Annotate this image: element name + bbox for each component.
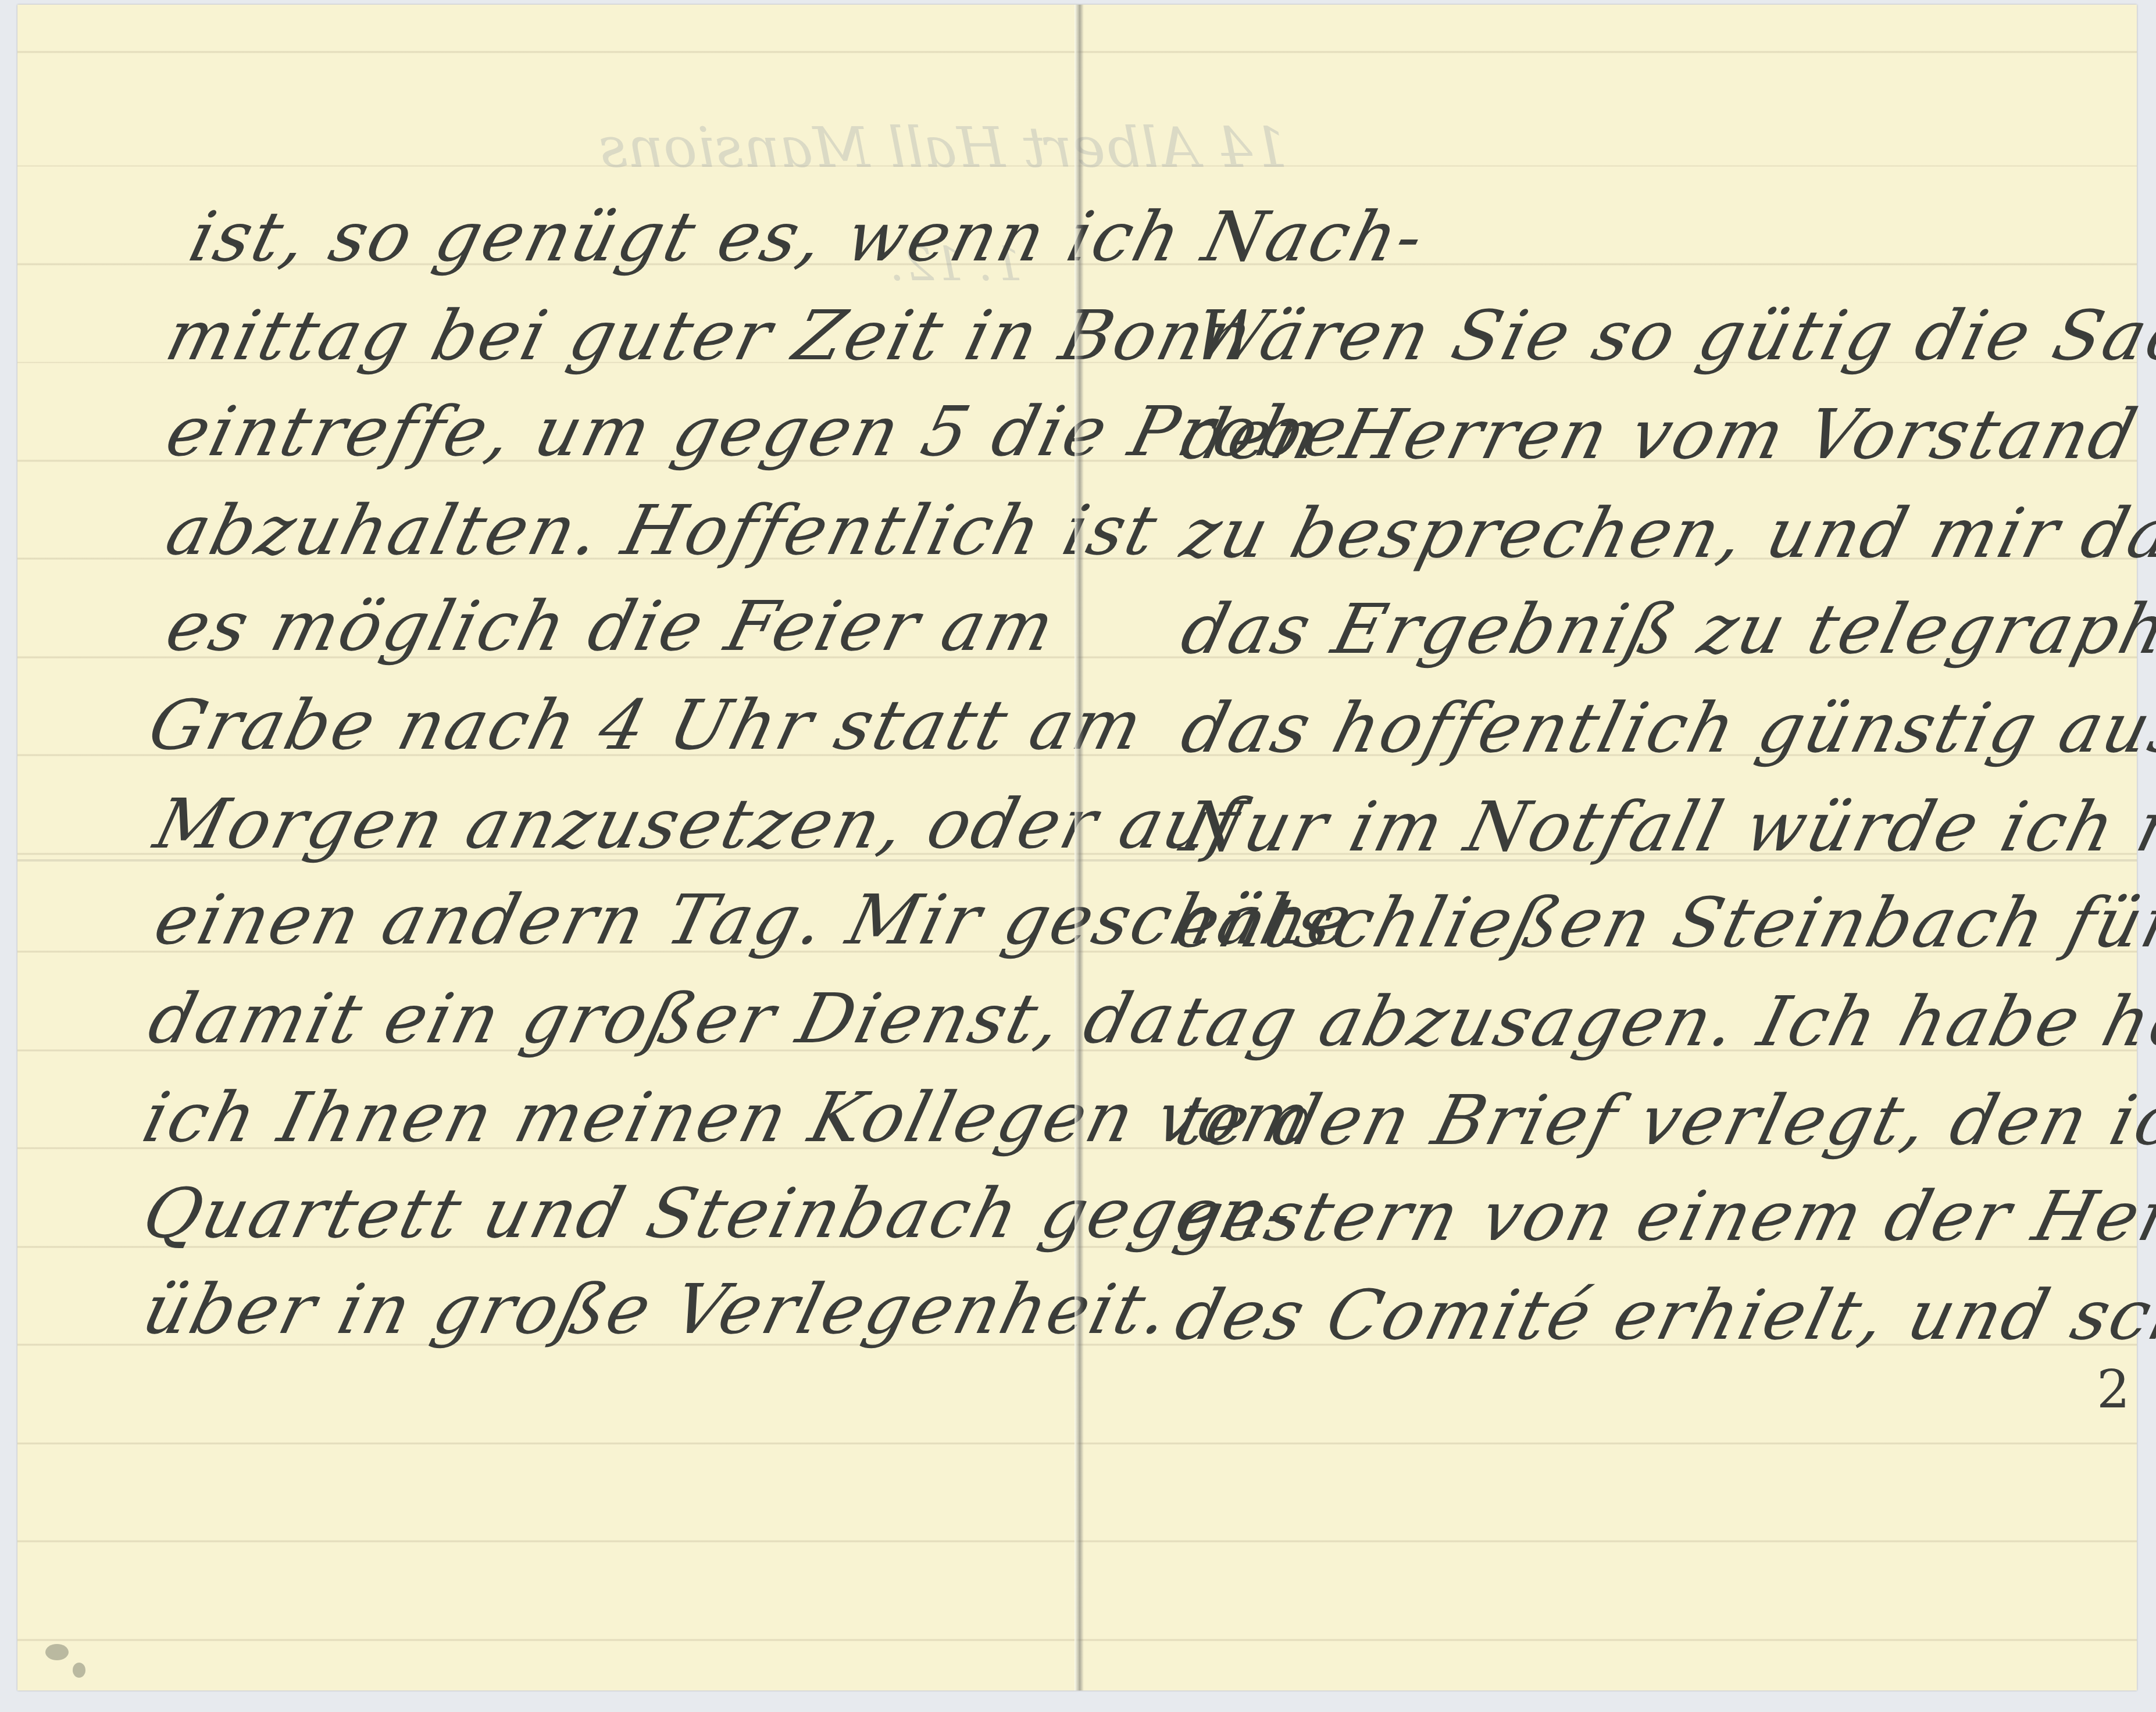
- letter-sheet: 14 Albert Hall Mansions 1. 12. ist, so g…: [17, 5, 2137, 1690]
- right-line-11: des Comité erhielt, und schrei-: [1168, 1275, 2156, 1355]
- right-line-8: tag abzusagen. Ich habe heu-: [1168, 981, 2156, 1061]
- right-line-9: te den Brief verlegt, den ich: [1168, 1080, 2156, 1160]
- right-page: Wären Sie so gütig die Sache mit den Her…: [1079, 5, 2137, 1690]
- right-line-1: Wären Sie so gütig die Sache mit: [1186, 295, 2156, 376]
- ink-stain: [73, 1663, 85, 1678]
- ink-stain: [45, 1644, 69, 1660]
- left-line-5: es möglich die Feier am: [159, 586, 1064, 666]
- left-line-9: damit ein großer Dienst, da: [141, 978, 1186, 1059]
- left-line-6: Grabe nach 4 Uhr statt am: [141, 685, 1152, 765]
- left-page: ist, so genügt es, wenn ich Nach- mittag…: [17, 5, 1079, 1690]
- left-line-12: über in große Verlegenheit.: [135, 1269, 1180, 1349]
- right-line-10: gestern von einem der Herren: [1168, 1176, 2156, 1256]
- right-line-6: Nur im Notfall würde ich mich: [1174, 787, 2156, 867]
- continuation-mark: 2: [2097, 1359, 2130, 1420]
- left-line-4: abzuhalten. Hoffentlich ist: [159, 490, 1167, 570]
- right-line-5: das hoffentlich günstig ausfällt.: [1174, 688, 2156, 768]
- right-line-2: den Herren vom Vorstand sogleich: [1174, 394, 2156, 474]
- right-line-7: entschließen Steinbach für Sonn-: [1168, 882, 2156, 963]
- right-line-4: das Ergebniß zu telegraphiren,: [1174, 589, 2156, 669]
- right-line-3: zu besprechen, und mir das: [1174, 493, 2156, 573]
